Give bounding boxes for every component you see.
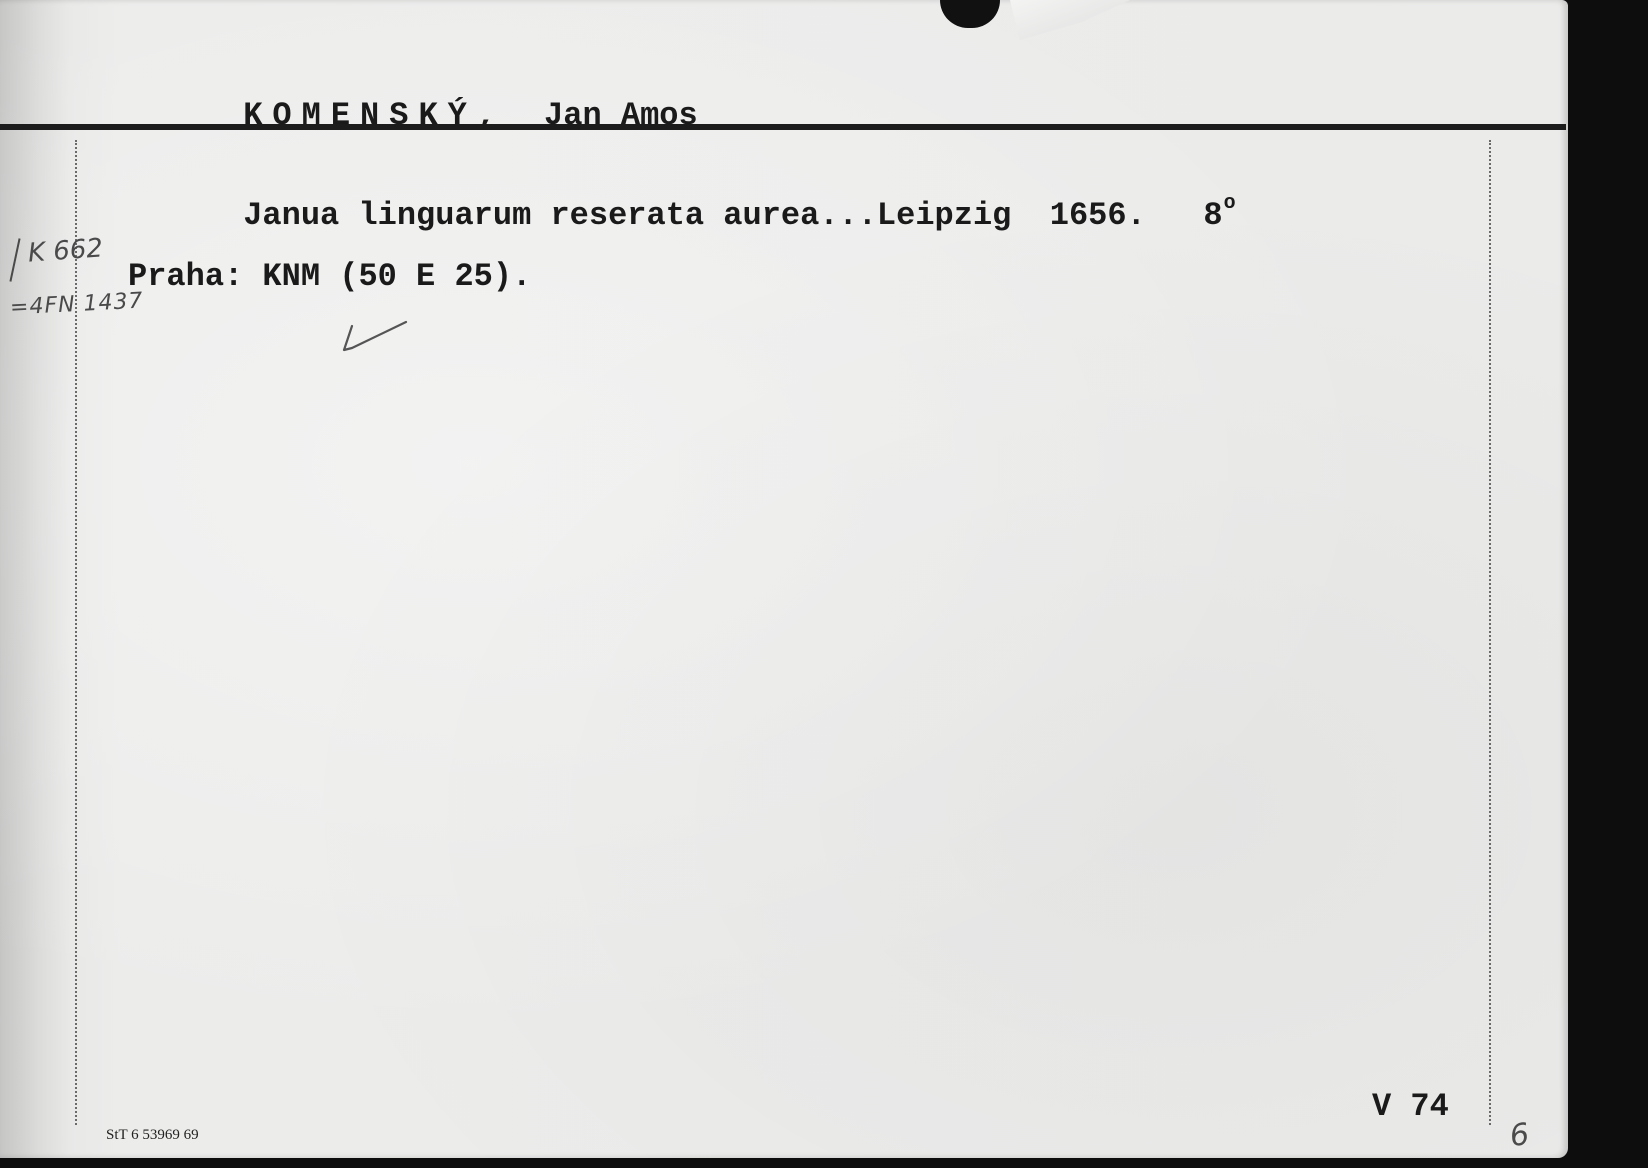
handwritten-corner-note: 6 xyxy=(1508,1117,1532,1154)
handwritten-note-top: K 662 xyxy=(27,233,104,268)
torn-edge xyxy=(940,0,1000,28)
left-margin-dotted-line xyxy=(75,140,77,1125)
scanned-catalog-card: KOMENSKÝ,Jan Amos Janua linguarum resera… xyxy=(0,0,1648,1168)
format-superscript: o xyxy=(1224,192,1236,215)
title-text: Janua linguarum reserata aurea...Leipzig… xyxy=(243,197,1146,234)
shelfmark: V 74 xyxy=(1372,1088,1449,1125)
right-margin-dotted-line xyxy=(1489,140,1491,1125)
card-shadow xyxy=(0,0,70,1158)
catalog-card: KOMENSKÝ,Jan Amos Janua linguarum resera… xyxy=(0,0,1568,1158)
header-rule xyxy=(0,124,1566,130)
folded-corner-flap xyxy=(1010,0,1130,40)
holding-location: Praha: KNM (50 E 25). xyxy=(128,258,531,295)
check-mark-icon xyxy=(340,318,410,354)
author-heading: KOMENSKÝ,Jan Amos xyxy=(128,60,698,171)
format-size: 8 xyxy=(1203,197,1222,234)
title-entry: Janua linguarum reserata aurea...Leipzig… xyxy=(128,160,1236,271)
print-code: StT 6 53969 69 xyxy=(106,1127,199,1144)
